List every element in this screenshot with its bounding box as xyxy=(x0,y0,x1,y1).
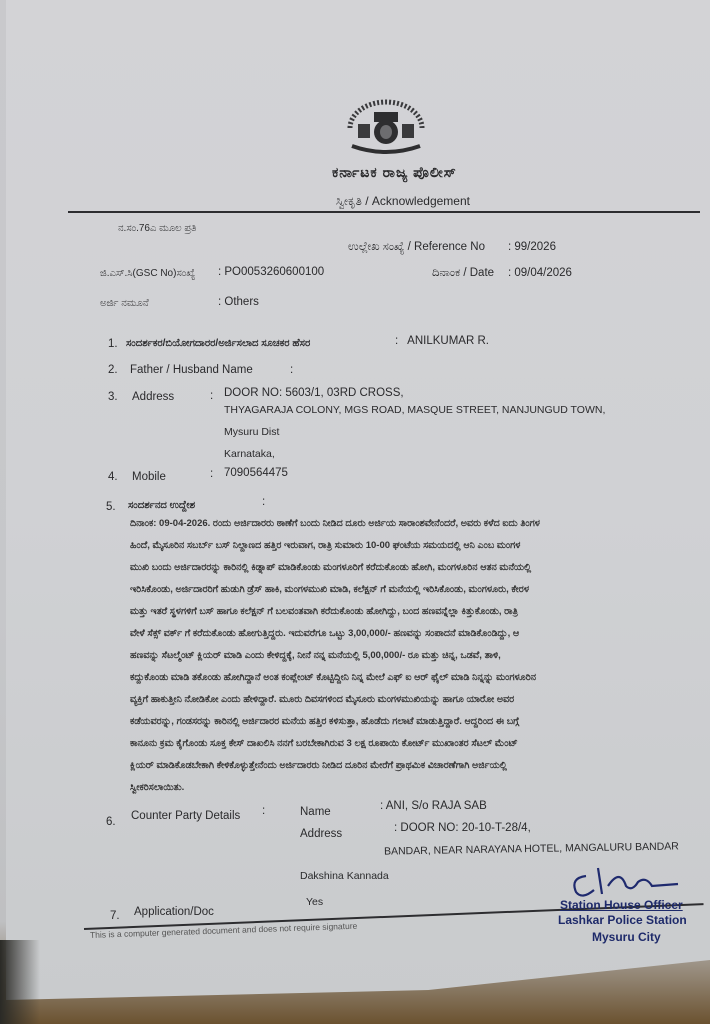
police-station-name: Lashkar Police Station xyxy=(558,913,687,927)
field-2-label: Father / Husband Name xyxy=(130,364,253,376)
purpose-line: ಮತ್ತು ಇತರೆ ಸ್ಥಳಗಳಿಗೆ ಬಸ್ ಹಾಗೂ ಕಲೆಕ್ಷನ್ ಗ… xyxy=(130,606,518,617)
field-4-colon: : xyxy=(210,468,213,480)
date-label: ದಿನಾಂಕ / Date xyxy=(432,267,494,280)
purpose-line: ದಿನಾಂಕ: 09-04-2026. ರಂದು ಅರ್ಜಿದಾರರು ಠಾಣೆ… xyxy=(130,518,540,529)
category-label: ಅರ್ಜಿ ನಮೂನೆ xyxy=(100,298,149,309)
purpose-line: ಕಡೆಯವರನ್ನು, ಗಂಡಸರನ್ನು ಕಾರಿನಲ್ಲಿ ಅರ್ಜಿದಾರ… xyxy=(130,716,519,727)
gsc-number: PO0053260600100 xyxy=(224,266,324,278)
field-6-number: 6. xyxy=(106,816,116,828)
field-6-colon: : xyxy=(262,805,265,817)
application-doc-value: Yes xyxy=(306,896,323,908)
purpose-line: ಸ್ವೀಕರಿಸಲಾಯಿತು. xyxy=(130,782,184,793)
purpose-line: ವೇಳೆ ಸೆಕ್ಸ್ ವರ್ಕ್ ಗೆ ಕರೆದುಕೊಂಡು ಹೋಗುತ್ತಿ… xyxy=(130,628,519,639)
reference-label: ಉಲ್ಲೇಖ ಸಂಖ್ಯೆ / Reference No xyxy=(348,241,485,254)
field-1-label: ಸಂದರ್ಶಕರ/ಬಿಯೋಗದಾರರ/ಅರ್ಜಿಸಲಾದ ಸೂಚಕರ ಹೆಸರ xyxy=(126,338,310,349)
purpose-line: ಹಣವನ್ನು ಸೆಟಲ್ಮೆಂಟ್ ಕ್ಲಿಯರ್ ಮಾಡಿ ಎಂದು ಕೇಳ… xyxy=(130,650,501,661)
counter-party-address-label: Address xyxy=(300,828,342,840)
police-station-city: Mysuru City xyxy=(592,930,661,944)
category-value: : Others xyxy=(218,296,259,308)
field-1-value: : ANILKUMAR R. xyxy=(395,335,489,347)
field-1-number: 1. xyxy=(108,338,118,350)
purpose-line: ಕ್ಲಿಯರ್ ಮಾಡಿಕೊಡಬೇಕಾಗಿ ಕೇಳಿಕೊಳ್ಳುತ್ತೇನೆಂದ… xyxy=(130,760,507,771)
header-divider xyxy=(68,211,700,213)
complainant-name: ANILKUMAR R. xyxy=(407,335,489,347)
field-7-number: 7. xyxy=(110,910,120,922)
gsc-label: ಜಿ.ಎಸ್.ಸಿ(GSC No)ಸಂಖ್ಯೆ xyxy=(100,268,195,279)
form-reference: ನ.ಸಂ.76ಎ ಮೂಲ ಪ್ರತಿ xyxy=(118,223,196,234)
header-title: ಕರ್ನಾಟಕ ರಾಜ್ಯ ಪೊಲೀಸ್ xyxy=(332,164,457,181)
field-5-number: 5. xyxy=(106,501,116,513)
counter-party-name-label: Name xyxy=(300,806,331,818)
address-line-2: THYAGARAJA COLONY, MGS ROAD, MASQUE STRE… xyxy=(224,404,605,416)
address-line-4: Karnataka, xyxy=(224,448,275,460)
field-4-number: 4. xyxy=(108,471,118,483)
background-shadow xyxy=(0,940,40,1024)
purpose-line: ಮುಖಿ ಬಂದು ಅರ್ಜಿದಾರರನ್ನು ಕಾರಿನಲ್ಲಿ ಕಿಡ್ನಾ… xyxy=(130,562,531,573)
reference-number: 99/2026 xyxy=(514,241,556,253)
field-7-label: Application/Doc xyxy=(134,906,214,918)
field-5-colon: : xyxy=(262,496,265,508)
field-5-label: ಸಂದರ್ಶನದ ಉದ್ದೇಶ xyxy=(128,500,195,511)
mobile-number: 7090564475 xyxy=(224,467,288,479)
counter-party-name: : ANI, S/o RAJA SAB xyxy=(380,800,487,812)
field-3-number: 3. xyxy=(108,391,118,403)
purpose-line: ಇರಿಸಿಕೊಂಡು, ಅರ್ಜಿದಾರರಿಗೆ ಹುಡುಗಿ ಡ್ರೆಸ್ ಹ… xyxy=(130,584,529,595)
field-4-label: Mobile xyxy=(132,471,166,483)
field-3-label: Address xyxy=(132,391,174,403)
purpose-line: ಹಿಂದೆ, ಮೈಸೂರಿನ ಸಬರ್ಬ್ ಬಸ್ ನಿಲ್ದಾಣದ ಹತ್ತಿ… xyxy=(130,540,520,551)
signature-title: Station House Officer xyxy=(560,898,683,912)
gsc-value: : PO0053260600100 xyxy=(218,266,324,278)
purpose-line: ವ್ಯಕ್ತಿಗೆ ಹಾಕುತ್ತೀನಿ ನೋಡಿಕೋ ಎಂದು ಹೇಳಿದ್ದ… xyxy=(130,694,514,705)
field-2-number: 2. xyxy=(108,364,118,376)
counter-party-address-line-3: Dakshina Kannada xyxy=(300,870,389,882)
field-2-colon: : xyxy=(290,364,293,376)
purpose-line: ಕಾನೂನು ಕ್ರಮ ಕೈಗೊಂಡು ಸೂಕ್ತ ಕೇಸ್ ದಾಖಲಿಸಿ ನ… xyxy=(130,738,518,749)
address-line-3: Mysuru Dist xyxy=(224,426,279,438)
police-emblem-icon xyxy=(340,98,432,156)
field-6-label: Counter Party Details xyxy=(131,810,240,822)
field-3-colon: : xyxy=(210,390,213,402)
reference-value: : 99/2026 xyxy=(508,241,556,253)
header-subtitle: ಸ್ವೀಕೃತಿ / Acknowledgement xyxy=(336,194,470,209)
category-text: Others xyxy=(224,296,259,308)
counter-party-address-line-1: : DOOR NO: 20-10-T-28/4, xyxy=(394,822,531,834)
date-text: 09/04/2026 xyxy=(514,267,572,279)
purpose-line: ಕದ್ದುಕೊಂಡು ಮಾಡಿ ತಕೊಂಡು ಹೋಗಿದ್ದಾನೆ ಅಂತ ಕಂ… xyxy=(130,672,536,683)
address-line-1: DOOR NO: 5603/1, 03RD CROSS, xyxy=(224,387,404,399)
date-value: : 09/04/2026 xyxy=(508,267,572,279)
